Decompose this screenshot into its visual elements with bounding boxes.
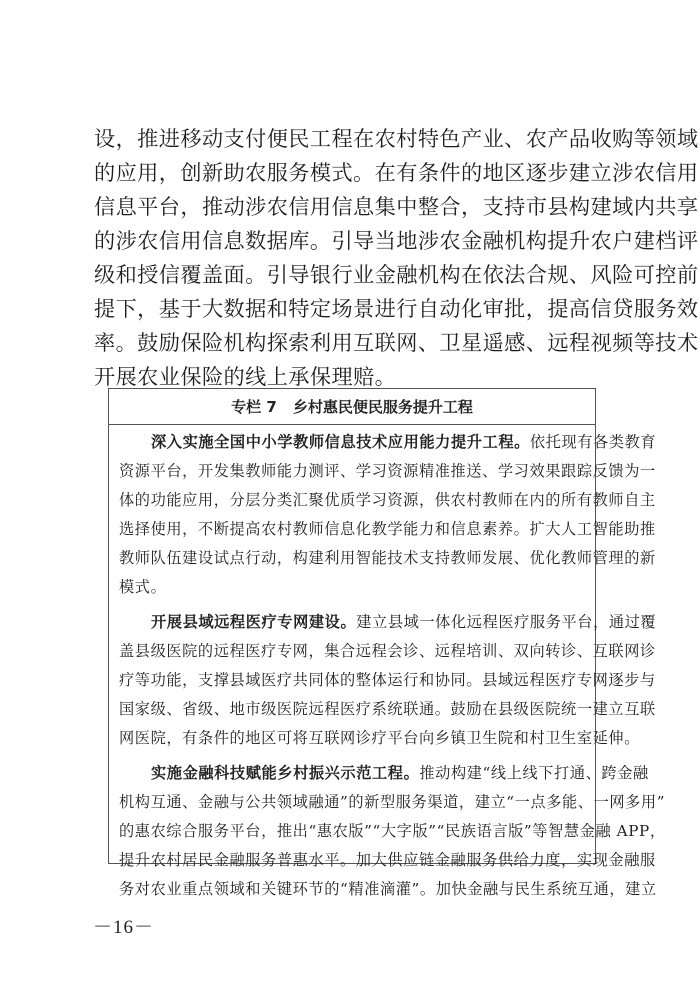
box-line: 开展县域远程医疗专网建设。建立县域一体化远程医疗服务平台，通过覆 [119,608,587,637]
box-line: 提升农村居民金融服务普惠水平。加大供应链金融服务供给力度，实现金融服 [119,846,587,875]
body-line: 级和授信覆盖面。引导银行业金融机构在依法合规、风险可控前 [94,258,616,292]
box-line: 实施金融科技赋能乡村振兴示范工程。推动构建“线上线下打通、跨金融 [119,759,587,788]
body-line: 信息平台，推动涉农信用信息集中整合，支持市县构建域内共享 [94,190,616,224]
body-paragraph: 设，推进移动支付便民工程在农村特色产业、农产品收购等领域 的应用，创新助农服务模… [94,122,616,394]
box-paragraph-telemedicine: 开展县域远程医疗专网建设。建立县域一体化远程医疗服务平台，通过覆 盖县级医院的远… [119,608,587,753]
box-body: 深入实施全国中小学教师信息技术应用能力提升工程。依托现有各类教育 资源平台，开发… [109,425,595,904]
body-line: 提下，基于大数据和特定场景进行自动化审批，提高信贷服务效 [94,292,616,326]
box-line: 网医院，有条件的地区可将互联网诊疗平台向乡镇卫生院和村卫生室延伸。 [119,724,587,753]
paragraph-lead: 开展县域远程医疗专网建设。 [151,613,356,631]
paragraph-text: 依托现有各类教育 [530,433,656,451]
box-line: 资源平台，开发集教师能力测评、学习资源精准推送、学习效果跟踪反馈为一 [119,457,587,486]
body-line: 的应用，创新助农服务模式。在有条件的地区逐步建立涉农信用 [94,156,616,190]
box-number: 专栏 7 [231,396,277,417]
box-line: 机构互通、金融与公共领域融通”的新型服务渠道，建立“一点多能、一网多用” [119,788,587,817]
paragraph-text: 建立县域一体化远程医疗服务平台，通过覆 [356,613,656,631]
box-line: 选择使用，不断提高农村教师信息化教学能力和信息素养。扩大人工智能助推 [119,515,587,544]
box-line: 疗等功能，支撑县域医疗共同体的整体运行和协同。县域远程医疗专网逐步与 [119,666,587,695]
box-line: 深入实施全国中小学教师信息技术应用能力提升工程。依托现有各类教育 [119,428,587,457]
body-line: 率。鼓励保险机构探索利用互联网、卫星遥感、远程视频等技术， [94,326,616,360]
paragraph-lead: 深入实施全国中小学教师信息技术应用能力提升工程。 [151,433,530,451]
box-line: 模式。 [119,573,587,602]
box-title: 乡村惠民便民服务提升工程 [293,396,473,417]
body-line: 设，推进移动支付便民工程在农村特色产业、农产品收购等领域 [94,122,616,156]
document-page: 设，推进移动支付便民工程在农村特色产业、农产品收购等领域 的应用，创新助农服务模… [0,0,700,989]
box-paragraph-fintech: 实施金融科技赋能乡村振兴示范工程。推动构建“线上线下打通、跨金融 机构互通、金融… [119,759,587,904]
box-line: 盖县级医院的远程医疗专网，集合远程会诊、远程培训、双向转诊、互联网诊 [119,637,587,666]
box-line: 务对农业重点领域和关键环节的“精准滴灌”。加快金融与民生系统互通，建立 [119,875,587,904]
box-line: 教师队伍建设试点行动，构建利用智能技术支持教师发展、优化教师管理的新 [119,544,587,573]
paragraph-text: 推动构建“线上线下打通、跨金融 [419,764,648,782]
box-line: 国家级、省级、地市级医院远程医疗系统联通。鼓励在县级医院统一建立互联 [119,695,587,724]
paragraph-lead: 实施金融科技赋能乡村振兴示范工程。 [151,764,419,782]
box-header: 专栏 7 乡村惠民便民服务提升工程 [109,389,595,425]
box-line: 的惠农综合服务平台，推出“惠农版”“大字版”“民族语言版”等智慧金融 APP， [119,817,587,846]
box-paragraph-teachers: 深入实施全国中小学教师信息技术应用能力提升工程。依托现有各类教育 资源平台，开发… [119,428,587,602]
body-line: 的涉农信用信息数据库。引导当地涉农金融机构提升农户建档评 [94,224,616,258]
sidebar-box-column-7: 专栏 7 乡村惠民便民服务提升工程 深入实施全国中小学教师信息技术应用能力提升工… [108,388,596,864]
box-line: 体的功能应用，分层分类汇聚优质学习资源，供农村教师在内的所有教师自主 [119,486,587,515]
page-number: －16－ [93,912,154,939]
